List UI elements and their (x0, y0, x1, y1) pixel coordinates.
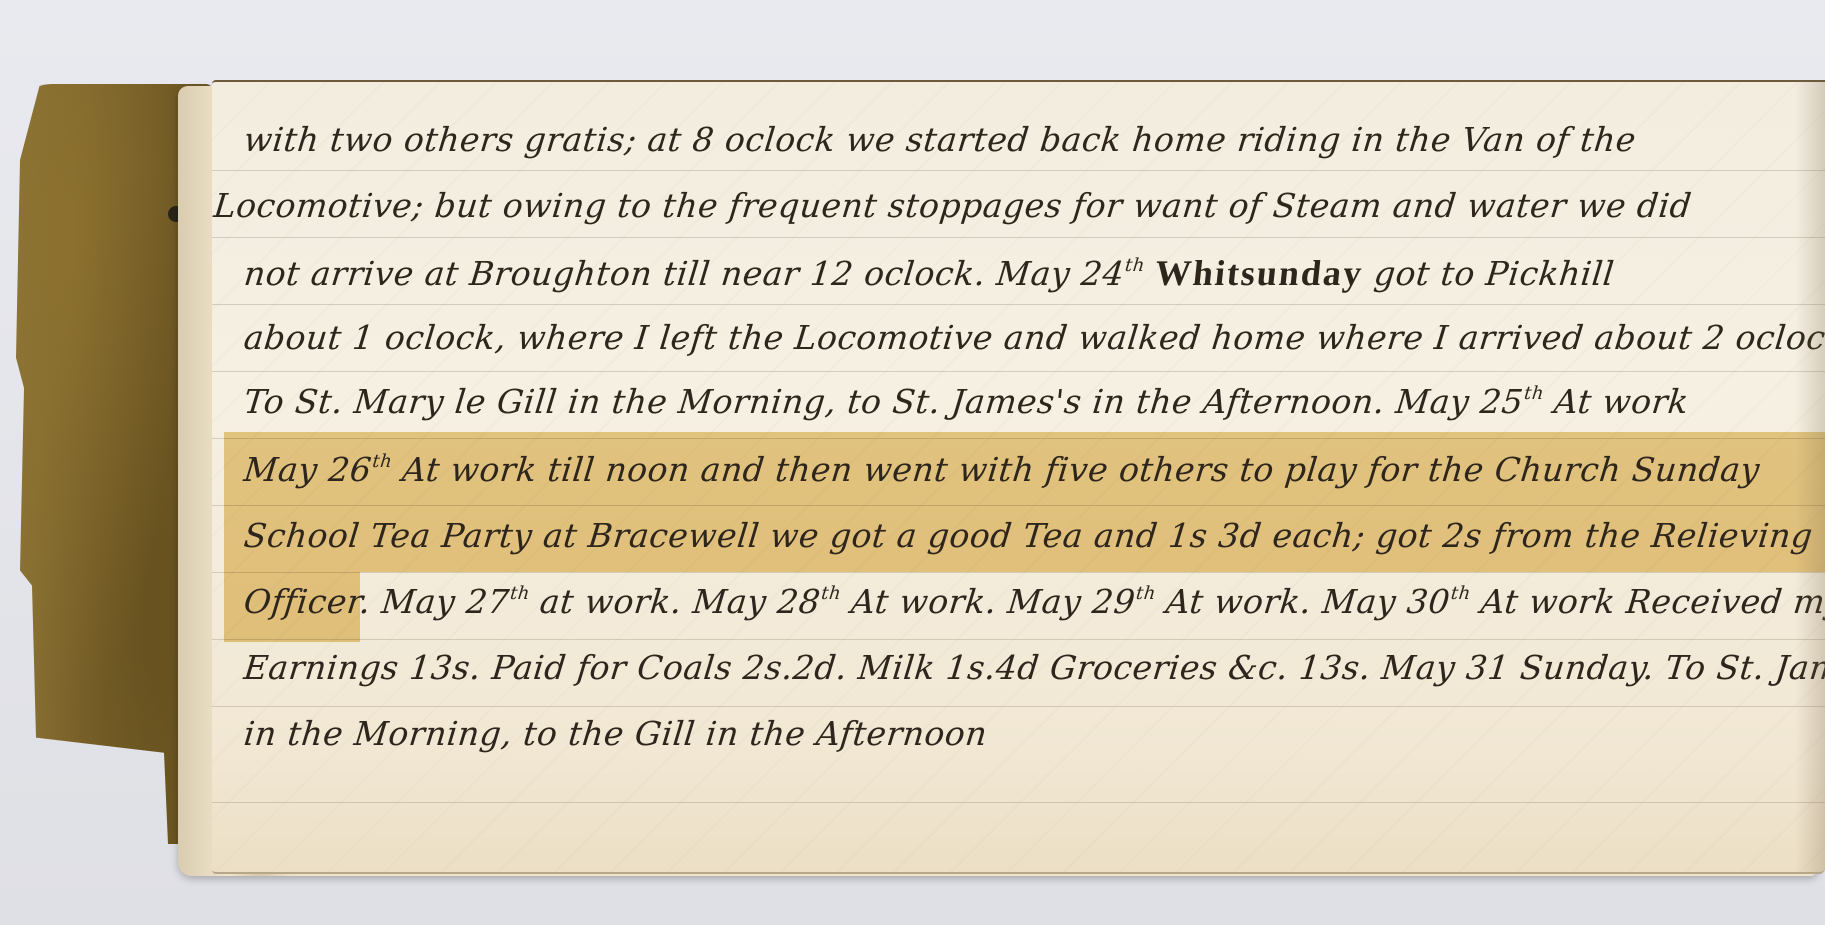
ruled-line (212, 371, 1825, 372)
line-text: School Tea Party at Bracewell we got a g… (242, 516, 1815, 555)
diary-line-4: about 1 oclock, where I left the Locomot… (242, 318, 1825, 357)
ordinal-suffix: th (1124, 255, 1146, 276)
ruled-line (212, 572, 1825, 573)
line-text: not arrive at Broughton till near 12 ocl… (242, 254, 1126, 293)
ordinal-suffix: th (1135, 583, 1157, 604)
line-text: At work Received my (1468, 582, 1825, 621)
line-text: got to Pickhill (1372, 254, 1616, 293)
line-text: To St. Mary le Gill in the Morning, to S… (242, 382, 1525, 421)
diary-line-6: May 26th At work till noon and then went… (242, 450, 1762, 489)
line-text: about 1 oclock, where I left the Locomot… (242, 318, 1825, 357)
diary-line-8: Officer. May 27th at work. May 28th At w… (242, 582, 1825, 621)
ordinal-suffix: th (509, 583, 531, 604)
diary-line-3: not arrive at Broughton till near 12 ocl… (242, 252, 1616, 294)
line-text: At work (1541, 382, 1690, 421)
line-text: Officer. May 27 (242, 582, 511, 621)
line-text: Locomotive; but owing to the frequent st… (212, 186, 1694, 225)
diary-line-2: Locomotive; but owing to the frequent st… (212, 186, 1694, 225)
ordinal-suffix: th (820, 583, 842, 604)
line-text: At work. May 29 (838, 582, 1137, 621)
diary-line-1: with two others gratis; at 8 oclock we s… (242, 120, 1638, 159)
ruled-line (212, 706, 1825, 707)
diary-line-9: Earnings 13s. Paid for Coals 2s.2d. Milk… (242, 648, 1825, 687)
ruled-line (212, 304, 1825, 305)
diary-line-7: School Tea Party at Bracewell we got a g… (242, 516, 1815, 555)
line-text: May 26 (242, 450, 374, 489)
line-text: At work. May 30 (1153, 582, 1452, 621)
line-text: in the Morning, to the Gill in the After… (242, 714, 989, 753)
line-text: At work till noon and then went with fiv… (389, 450, 1761, 489)
diary-page: with two others gratis; at 8 oclock we s… (212, 80, 1825, 874)
whitsunday-heading: Whitsunday (1153, 253, 1365, 293)
ruled-line (212, 802, 1825, 803)
ruled-line (212, 237, 1825, 238)
ordinal-suffix: th (1523, 383, 1545, 404)
diary-line-10: in the Morning, to the Gill in the After… (242, 714, 989, 753)
ruled-line (212, 170, 1825, 171)
ordinal-suffix: th (1450, 583, 1472, 604)
diary-line-5: To St. Mary le Gill in the Morning, to S… (242, 382, 1691, 421)
line-text: Earnings 13s. Paid for Coals 2s.2d. Milk… (242, 648, 1825, 687)
line-text: with two others gratis; at 8 oclock we s… (242, 120, 1638, 159)
diary-scan: with two others gratis; at 8 oclock we s… (0, 0, 1825, 925)
line-text: at work. May 28 (527, 582, 822, 621)
ruled-line (212, 639, 1825, 640)
